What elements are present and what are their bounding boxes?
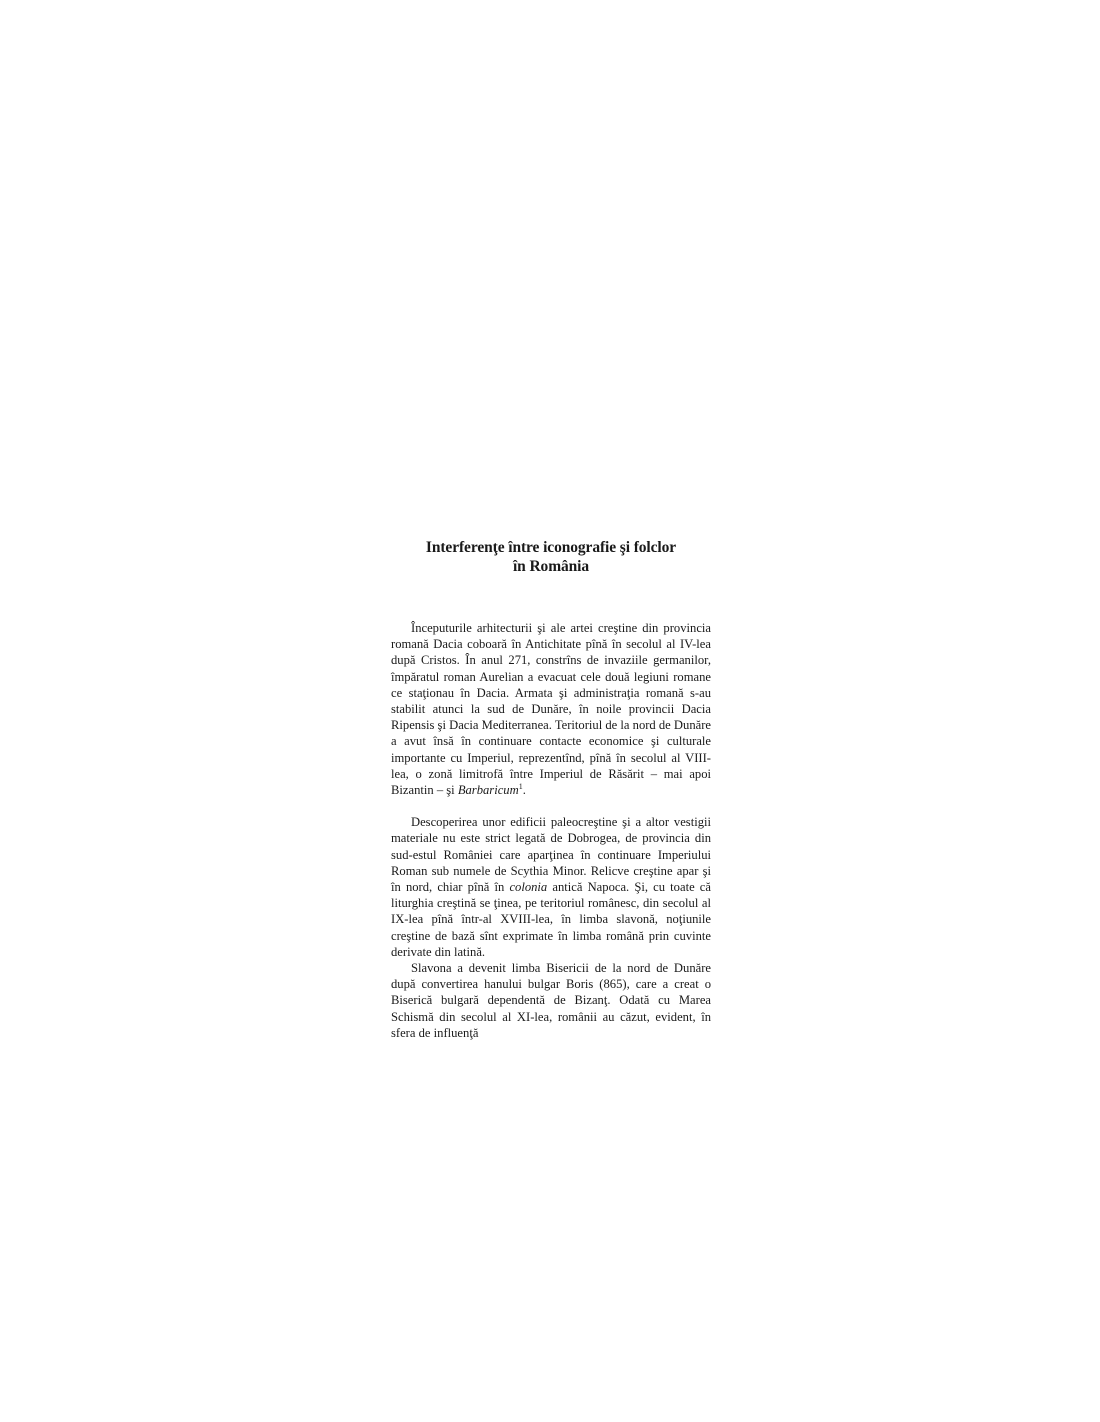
- paragraph-3: Slavona a devenit limba Bisericii de la …: [391, 960, 711, 1041]
- paragraph-2: Descoperirea unor edificii paleocreştine…: [391, 814, 711, 960]
- italic-term: colonia: [509, 880, 547, 894]
- paragraph-1: Începuturile arhitecturii şi ale artei c…: [391, 620, 711, 798]
- italic-term: Barbaricum: [458, 783, 519, 797]
- title-line-1: Interferenţe între iconografie şi folclo…: [391, 538, 711, 557]
- article-body: Începuturile arhitecturii şi ale artei c…: [391, 620, 711, 1041]
- title-line-2: în România: [391, 557, 711, 576]
- article-title: Interferenţe între iconografie şi folclo…: [391, 538, 711, 576]
- document-page: Interferenţe între iconografie şi folclo…: [391, 538, 711, 1041]
